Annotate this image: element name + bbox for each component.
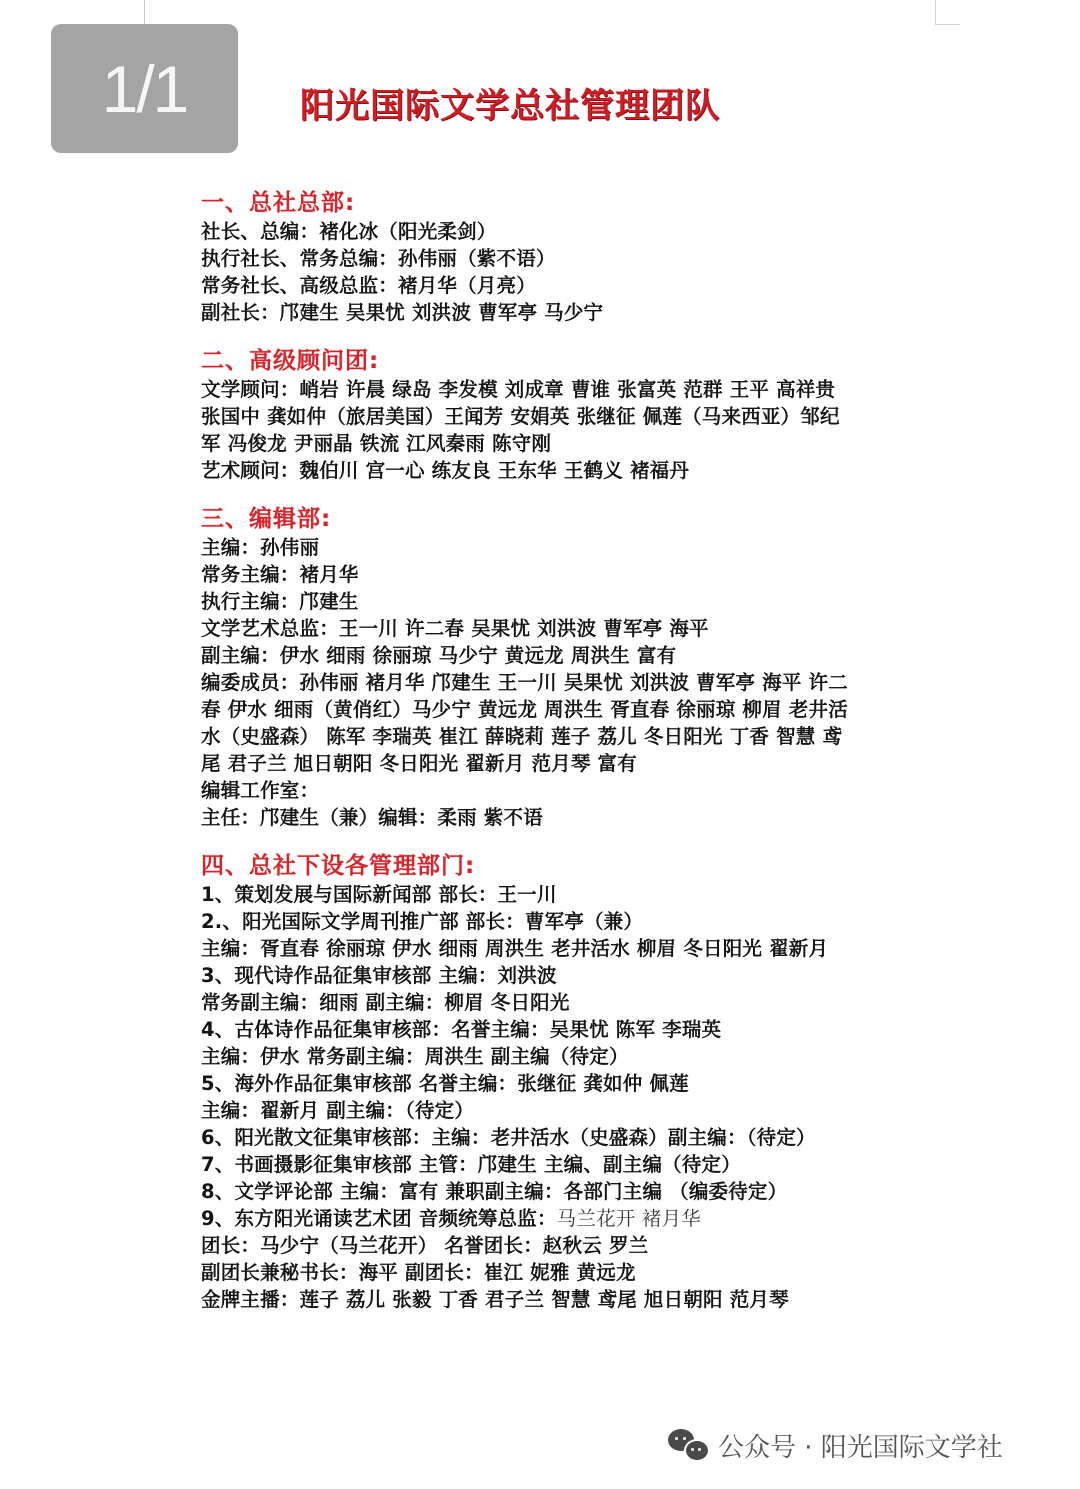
text-line: 文学顾问：峭岩 许晨 绿岛 李发模 刘成章 曹谁 张富英 范群 王平 高祥贵 bbox=[201, 376, 941, 403]
section-heading: 四、总社下设各管理部门: bbox=[201, 851, 941, 881]
bubble-dot bbox=[691, 1448, 694, 1451]
text-line: 常务社长、高级总监：褚月华（月亮） bbox=[201, 272, 941, 299]
text-line: 6、阳光散文征集审核部：主编：老井活水（史盛森）副主编：（待定） bbox=[201, 1124, 941, 1151]
account-name: 公众号 · 阳光国际文学社 bbox=[718, 1427, 1003, 1464]
section-heading: 二、高级顾问团: bbox=[201, 346, 941, 376]
section-advisors: 二、高级顾问团: 文学顾问：峭岩 许晨 绿岛 李发模 刘成章 曹谁 张富英 范群… bbox=[201, 346, 941, 484]
text-line: 主任：邝建生（兼）编辑：柔雨 紫不语 bbox=[201, 804, 941, 831]
section-headquarters: 一、总社总部: 社长、总编：褚化冰（阳光柔剑） 执行社长、常务总编：孙伟丽（紫不… bbox=[201, 188, 941, 326]
text-line: 副团长兼秘书长：海平 副团长：崔江 妮雅 黄远龙 bbox=[201, 1259, 941, 1286]
text-line: 文学艺术总监：王一川 许二春 吴果忧 刘洪波 曹军亭 海平 bbox=[201, 615, 941, 642]
text-line: 主编：孙伟丽 bbox=[201, 534, 941, 561]
text-segment: 9、东方阳光诵读艺术团 音频统筹总监： bbox=[201, 1207, 557, 1230]
text-line: 主编：伊水 常务副主编：周洪生 副主编（待定） bbox=[201, 1043, 941, 1070]
section-heading: 三、编辑部: bbox=[201, 504, 941, 534]
text-line: 金牌主播：莲子 荔儿 张毅 丁香 君子兰 智慧 鸢尾 旭日朝阳 范月琴 bbox=[201, 1286, 941, 1313]
document-body: 一、总社总部: 社长、总编：褚化冰（阳光柔剑） 执行社长、常务总编：孙伟丽（紫不… bbox=[201, 188, 941, 1313]
wechat-account-watermark: 公众号 · 阳光国际文学社 bbox=[668, 1427, 1003, 1464]
text-line: 1、策划发展与国际新闻部 部长：王一川 bbox=[201, 881, 941, 908]
chat-bubble-icon bbox=[684, 1439, 710, 1462]
text-line: 春 伊水 细雨（黄俏红）马少宁 黄远龙 周洪生 胥直春 徐丽琼 柳眉 老井活 bbox=[201, 696, 941, 723]
section-spacer bbox=[201, 326, 941, 346]
section-spacer bbox=[201, 831, 941, 851]
text-line: 常务主编：褚月华 bbox=[201, 561, 941, 588]
section-editorial: 三、编辑部: 主编：孙伟丽 常务主编：褚月华 执行主编：邝建生 文学艺术总监：王… bbox=[201, 504, 941, 831]
text-line: 常务副主编：细雨 副主编：柳眉 冬日阳光 bbox=[201, 989, 941, 1016]
text-line: 8、文学评论部 主编：富有 兼职副主编：各部门主编 （编委待定） bbox=[201, 1178, 941, 1205]
text-line: 团长：马少宁（马兰花开） 名誉团长：赵秋云 罗兰 bbox=[201, 1232, 941, 1259]
text-line: 艺术顾问：魏伯川 宫一心 练友良 王东华 王鹤义 褚福丹 bbox=[201, 457, 941, 484]
bubble-dot bbox=[698, 1448, 701, 1451]
text-line: 执行主编：邝建生 bbox=[201, 588, 941, 615]
section-heading: 一、总社总部: bbox=[201, 188, 941, 218]
audio-director-names: 马兰花开 褚月华 bbox=[557, 1207, 701, 1230]
text-line: 社长、总编：褚化冰（阳光柔剑） bbox=[201, 218, 941, 245]
text-line: 编委成员：孙伟丽 褚月华 邝建生 王一川 吴果忧 刘洪波 曹军亭 海平 许二 bbox=[201, 669, 941, 696]
text-line: 5、海外作品征集审核部 名誉主编：张继征 龚如仲 佩莲 bbox=[201, 1070, 941, 1097]
text-line: 7、书画摄影征集审核部 主管：邝建生 主编、副主编（待定） bbox=[201, 1151, 941, 1178]
text-line: 副主编：伊水 细雨 徐丽琼 马少宁 黄远龙 周洪生 富有 bbox=[201, 642, 941, 669]
text-line: 编辑工作室： bbox=[201, 777, 941, 804]
page-edge-line bbox=[144, 0, 145, 24]
text-line: 主编：胥直春 徐丽琼 伊水 细雨 周洪生 老井活水 柳眉 冬日阳光 翟新月 bbox=[201, 935, 941, 962]
section-departments: 四、总社下设各管理部门: 1、策划发展与国际新闻部 部长：王一川 2.、阳光国际… bbox=[201, 851, 941, 1313]
document-title: 阳光国际文学总社管理团队 bbox=[300, 78, 720, 127]
text-line: 水（史盛森） 陈军 李瑞英 崔江 薛晓莉 莲子 荔儿 冬日阳光 丁香 智慧 鸢 bbox=[201, 723, 941, 750]
text-line: 军 冯俊龙 尹丽晶 铁流 江风秦雨 陈守刚 bbox=[201, 430, 941, 457]
page-indicator-badge: 1/1 bbox=[51, 24, 238, 153]
text-line: 副社长：邝建生 吴果忧 刘洪波 曹军亭 马少宁 bbox=[201, 299, 941, 326]
text-line: 3、现代诗作品征集审核部 主编：刘洪波 bbox=[201, 962, 941, 989]
text-line: 主编：翟新月 副主编：（待定） bbox=[201, 1097, 941, 1124]
text-line-reading-troupe: 9、东方阳光诵读艺术团 音频统筹总监：马兰花开 褚月华 bbox=[201, 1205, 941, 1232]
bubble-dot bbox=[683, 1437, 686, 1440]
page-corner-mark bbox=[935, 0, 960, 25]
text-line: 张国中 龚如仲（旅居美国）王闻芳 安娟英 张继征 佩莲（马来西亚）邹纪 bbox=[201, 403, 941, 430]
text-line: 2.、阳光国际文学周刊推广部 部长：曹军亭（兼） bbox=[201, 908, 941, 935]
bubble-dot bbox=[675, 1437, 678, 1440]
wechat-icon bbox=[668, 1429, 710, 1463]
text-line: 执行社长、常务总编：孙伟丽（紫不语） bbox=[201, 245, 941, 272]
text-line: 4、古体诗作品征集审核部：名誉主编：吴果忧 陈军 李瑞英 bbox=[201, 1016, 941, 1043]
text-line: 尾 君子兰 旭日朝阳 冬日阳光 翟新月 范月琴 富有 bbox=[201, 750, 941, 777]
section-spacer bbox=[201, 484, 941, 504]
